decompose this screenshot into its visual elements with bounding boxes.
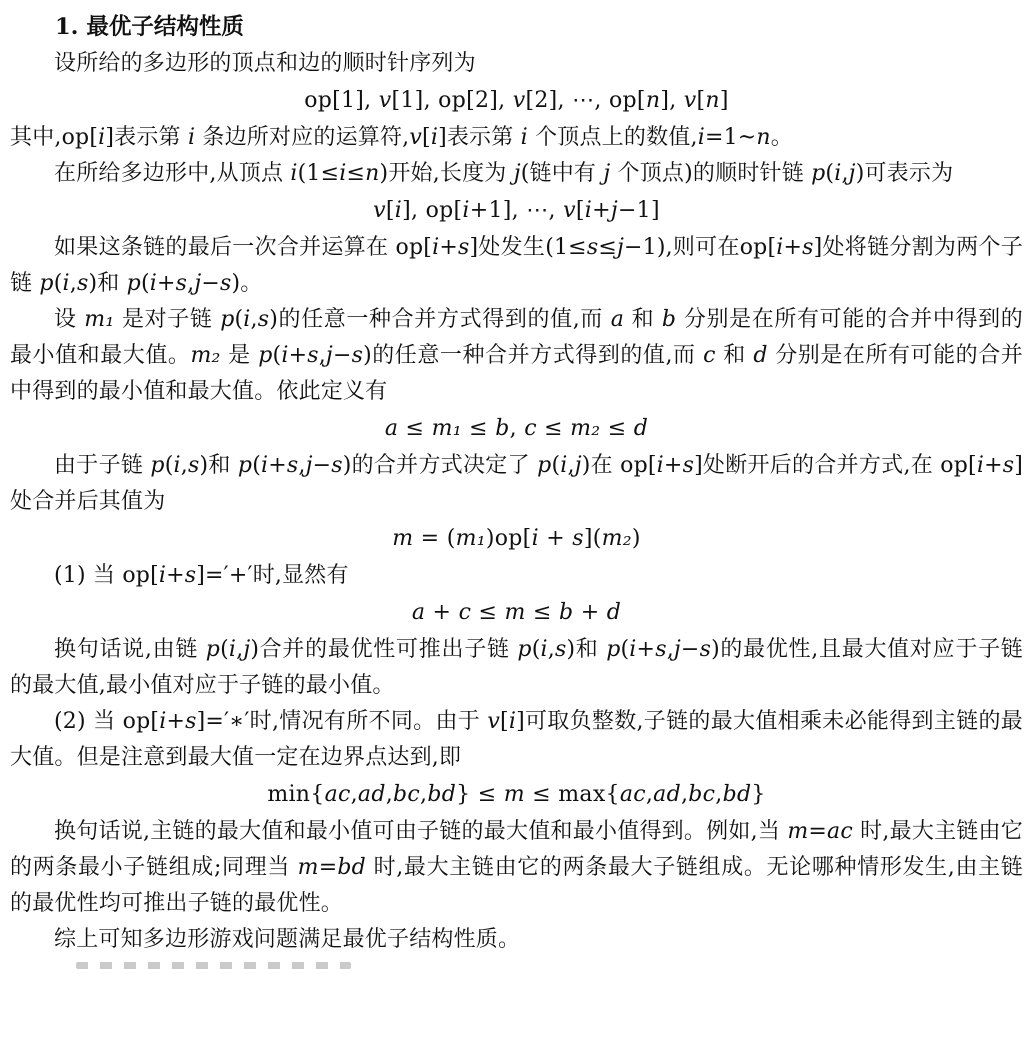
math-italic-run: p (39, 271, 53, 296)
math-italic-run: b (495, 416, 509, 441)
math-italic-run: bc (688, 782, 715, 807)
math-italic-run: m (298, 855, 319, 880)
math-italic-run: v (563, 198, 576, 223)
text-run: 换句话说,主链的最大值和最小值可由子链的最大值和最小值得到。例如,当 (54, 819, 787, 844)
text-run: )可表示为 (856, 161, 954, 186)
math-italic-run: i (509, 709, 516, 734)
text-run: , (351, 782, 358, 807)
text-run: )合并的最优性可推出子链 (250, 637, 517, 662)
formula-line: a + c ≤ m ≤ b + d (10, 595, 1023, 631)
text-run: − (681, 637, 700, 662)
text-run: 是 (221, 343, 259, 368)
math-italic-run: m (787, 819, 808, 844)
math-italic-run: i (977, 453, 984, 478)
text-run: ) (632, 526, 641, 551)
text-run: ]表示第 (105, 125, 188, 150)
text-run: 综上可知多边形游戏问题满足最优子结构性质。 (54, 927, 520, 952)
text-run: 设 (54, 307, 84, 332)
paragraph: 由于子链 p(i,s)和 p(i+s,j−s)的合并方式决定了 p(i,j)在 … (10, 448, 1023, 520)
math-italic-run: p (258, 343, 272, 368)
text-run: + (166, 709, 185, 734)
text-run: ( (273, 343, 282, 368)
math-italic-run: m₁ (84, 307, 114, 332)
text-run: ≤ (347, 161, 366, 186)
math-italic-run: n (646, 88, 660, 113)
text-run: 换句话说,由链 (54, 637, 206, 662)
math-italic-run: p (811, 161, 825, 186)
text-run: , (667, 637, 674, 662)
text-run: + (289, 343, 308, 368)
math-italic-run: j (611, 198, 618, 223)
paragraph: 其中,op[i]表示第 i 条边所对应的运算符,v[i]表示第 i 个顶点上的数… (10, 120, 1023, 156)
text-run: (2) 当 op[ (54, 709, 159, 734)
text-run: )。 (232, 271, 263, 296)
text-run: [ (500, 709, 509, 734)
text-run: ( (235, 307, 244, 332)
math-italic-run: m₂ (602, 526, 632, 551)
text-run: , (386, 782, 393, 807)
text-run: 是对子链 (114, 307, 220, 332)
math-italic-run: a (385, 416, 398, 441)
math-italic-run: i (532, 526, 539, 551)
math-italic-run: s (185, 709, 197, 734)
text-run: 如果这条链的最后一次合并运算在 op[ (54, 235, 432, 260)
text-run: ( (54, 271, 63, 296)
text-run: + (157, 271, 176, 296)
text-run: = (319, 855, 338, 880)
text-run: ≤ (537, 416, 570, 441)
formula-line: a ≤ m₁ ≤ b, c ≤ m₂ ≤ d (10, 411, 1023, 447)
text-run: ( (165, 453, 174, 478)
math-italic-run: n (705, 88, 719, 113)
text-run: 。 (771, 125, 793, 150)
math-italic-run: n (365, 161, 379, 186)
text-run: } (751, 782, 765, 807)
text-run: ≤ max{ (525, 782, 620, 807)
math-italic-run: j (674, 637, 681, 662)
math-italic-run: d (753, 343, 767, 368)
math-italic-run: p (127, 271, 141, 296)
text-run: ]处断开后的合并方式,在 op[ (694, 453, 977, 478)
text-run: , (548, 637, 555, 662)
math-italic-run: ac (620, 782, 646, 807)
section-heading: 1. 最优子结构性质 (10, 8, 1023, 46)
text-run: , (715, 782, 722, 807)
formula-line: min{ac,ad,bc,bd} ≤ m ≤ max{ac,ad,bc,bd} (10, 777, 1023, 813)
text-run: + (984, 453, 1003, 478)
cropped-next-line (76, 962, 351, 969)
math-italic-run: s (1003, 453, 1015, 478)
math-italic-run: ac (325, 782, 351, 807)
math-italic-run: s (287, 453, 299, 478)
math-italic-run: p (238, 453, 252, 478)
math-italic-run: s (185, 563, 197, 588)
text-run: −1),则可在op[ (624, 235, 776, 260)
math-italic-run: c (459, 600, 472, 625)
math-italic-run: s (572, 526, 584, 551)
text-run: )在 op[ (582, 453, 657, 478)
math-italic-run: s (587, 235, 599, 260)
text-run: , (298, 453, 305, 478)
math-italic-run: v (379, 88, 392, 113)
text-run: + (166, 563, 185, 588)
math-italic-run: j (326, 343, 333, 368)
text-run: ≤ (398, 416, 431, 441)
text-run: 和 (716, 343, 754, 368)
paragraph: 换句话说,由链 p(i,j)合并的最优性可推出子链 p(i,s)和 p(i+s,… (10, 632, 1023, 704)
math-italic-run: m₁ (456, 526, 486, 551)
math-italic-run: m₁ (432, 416, 462, 441)
math-italic-run: i (521, 125, 528, 150)
math-italic-run: j (849, 161, 856, 186)
math-italic-run: b (559, 600, 573, 625)
math-italic-run: m (392, 526, 413, 551)
text-run: , (251, 307, 258, 332)
text-run: (1≤ (298, 161, 340, 186)
math-italic-run: i (339, 161, 346, 186)
math-italic-run: s (188, 453, 200, 478)
math-italic-run: i (698, 125, 705, 150)
math-italic-run: j (617, 235, 624, 260)
math-italic-run: i (657, 453, 664, 478)
text-run: ( (220, 637, 229, 662)
text-run: 设所给的多边形的顶点和边的顺时针序列为 (54, 51, 476, 76)
text-run: )的任意一种合并方式得到的值,而 (269, 307, 610, 332)
text-run: )的任意一种合并方式得到的值,而 (363, 343, 703, 368)
text-run: ]=′+′时,显然有 (196, 563, 348, 588)
text-run: )的合并方式决定了 (343, 453, 537, 478)
paragraph: 综上可知多边形游戏问题满足最优子结构性质。 (10, 922, 1023, 958)
text-run: − (333, 343, 352, 368)
text-run: + (539, 526, 572, 551)
text-run: ]( (584, 526, 602, 551)
text-run: ]表示第 (438, 125, 521, 150)
text-run: ( (252, 453, 261, 478)
math-italic-run: j (514, 161, 521, 186)
text-run: 在所给多边形中,从顶点 (54, 161, 290, 186)
math-italic-run: ad (653, 782, 681, 807)
math-italic-run: p (606, 637, 620, 662)
math-italic-run: m (505, 600, 526, 625)
text-run: , (510, 416, 525, 441)
math-italic-run: p (220, 307, 234, 332)
text-run: ( (621, 637, 630, 662)
math-italic-run: i (243, 307, 250, 332)
text-run: + (664, 453, 683, 478)
math-italic-run: j (575, 453, 582, 478)
text-run: 个顶点上的数值, (528, 125, 698, 150)
text-run: + (425, 600, 458, 625)
math-italic-run: s (352, 343, 364, 368)
math-italic-run: p (150, 453, 164, 478)
text-run: + (637, 637, 656, 662)
text-run: , (319, 343, 326, 368)
text-run: 条边所对应的运算符, (195, 125, 409, 150)
math-italic-run: s (802, 235, 814, 260)
text-run: ], op[ (402, 198, 462, 223)
math-italic-run: i (63, 271, 70, 296)
formula-line: v[i], op[i+1], ⋯, v[i+j−1] (10, 193, 1023, 229)
text-run: ]=′∗′时,情况有所不同。由于 (197, 709, 488, 734)
text-run: } ≤ (456, 782, 504, 807)
math-italic-run: i (281, 343, 288, 368)
math-italic-run: s (258, 307, 270, 332)
text-run: (1) 当 op[ (54, 563, 159, 588)
text-run: (链中有 (521, 161, 604, 186)
math-italic-run: bc (393, 782, 420, 807)
math-italic-run: v (409, 125, 422, 150)
math-italic-run: i (540, 637, 547, 662)
math-italic-run: a (412, 600, 425, 625)
text-run: +1], ⋯, (470, 198, 563, 223)
math-italic-run: i (174, 453, 181, 478)
math-italic-run: m₂ (190, 343, 220, 368)
text-run: , (841, 161, 848, 186)
math-italic-run: s (77, 271, 89, 296)
math-italic-run: m₂ (570, 416, 600, 441)
text-run: + (573, 600, 606, 625)
text-run: [ (576, 198, 585, 223)
paragraph: 设 m₁ 是对子链 p(i,s)的任意一种合并方式得到的值,而 a 和 b 分别… (10, 302, 1023, 410)
paragraph: 如果这条链的最后一次合并运算在 op[i+s]处发生(1≤s≤j−1),则可在o… (10, 230, 1023, 302)
math-italic-run: n (756, 125, 770, 150)
math-italic-run: a (611, 307, 624, 332)
text-run: ≤ (462, 416, 495, 441)
paragraph: (2) 当 op[i+s]=′∗′时,情况有所不同。由于 v[i]可取负整数,子… (10, 704, 1023, 776)
text-run: 由于子链 (54, 453, 150, 478)
math-italic-run: s (700, 637, 712, 662)
text-run: , (568, 453, 575, 478)
document-body: 设所给的多边形的顶点和边的顺时针序列为op[1], v[1], op[2], v… (10, 46, 1023, 958)
text-run: 个顶点)的顺时针链 (610, 161, 811, 186)
math-italic-run: v (684, 88, 697, 113)
math-italic-run: ac (827, 819, 853, 844)
text-run: ( (825, 161, 834, 186)
formula-line: op[1], v[1], op[2], v[2], ⋯, op[n], v[n] (10, 83, 1023, 119)
math-italic-run: d (634, 416, 648, 441)
math-italic-run: j (306, 453, 313, 478)
math-italic-run: i (462, 198, 469, 223)
text-run: [1], op[2], (392, 88, 513, 113)
math-italic-run: bd (723, 782, 752, 807)
text-run: − (201, 271, 220, 296)
math-italic-run: c (703, 343, 716, 368)
paragraph: 在所给多边形中,从顶点 i(1≤i≤n)开始,长度为 j(链中有 j 个顶点)的… (10, 156, 1023, 192)
text-run: [ (422, 125, 431, 150)
math-italic-run: i (395, 198, 402, 223)
text-run: = ( (413, 526, 455, 551)
text-run: + (439, 235, 458, 260)
text-run: min{ (267, 782, 324, 807)
math-italic-run: i (431, 125, 438, 150)
math-italic-run: c (524, 416, 537, 441)
text-run: , (70, 271, 77, 296)
math-italic-run: s (655, 637, 667, 662)
text-run: )和 (88, 271, 126, 296)
math-italic-run: s (307, 343, 319, 368)
math-italic-run: ad (358, 782, 386, 807)
text-run: ≤ (526, 600, 559, 625)
math-italic-run: i (776, 235, 783, 260)
math-italic-run: b (662, 307, 676, 332)
math-italic-run: d (607, 600, 621, 625)
text-run: + (268, 453, 287, 478)
math-italic-run: s (555, 637, 567, 662)
text-run: ]处发生(1≤ (469, 235, 586, 260)
math-italic-run: s (176, 271, 188, 296)
text-run: ≤ (471, 600, 504, 625)
math-italic-run: p (517, 637, 531, 662)
text-run: − (313, 453, 332, 478)
text-run: ] (720, 88, 729, 113)
text-run: )开始,长度为 (380, 161, 514, 186)
math-italic-run: i (290, 161, 297, 186)
text-run: )和 (566, 637, 606, 662)
text-run: ( (141, 271, 150, 296)
text-run: = (808, 819, 827, 844)
math-italic-run: v (513, 88, 526, 113)
text-run: + (784, 235, 803, 260)
math-italic-run: i (560, 453, 567, 478)
paragraph: 设所给的多边形的顶点和边的顺时针序列为 (10, 46, 1023, 82)
text-run: + (592, 198, 611, 223)
math-italic-run: s (220, 271, 232, 296)
text-run: 和 (624, 307, 662, 332)
text-run: )op[ (486, 526, 532, 551)
paragraph: 换句话说,主链的最大值和最小值可由子链的最大值和最小值得到。例如,当 m=ac … (10, 814, 1023, 922)
text-run: =1~ (705, 125, 756, 150)
text-run: [ (386, 198, 395, 223)
text-run: ], (660, 88, 683, 113)
text-run: )和 (199, 453, 237, 478)
math-italic-run: m (504, 782, 525, 807)
math-italic-run: p (537, 453, 551, 478)
math-italic-run: s (331, 453, 343, 478)
paragraph: (1) 当 op[i+s]=′+′时,显然有 (10, 558, 1023, 594)
math-italic-run: v (487, 709, 500, 734)
math-italic-run: i (585, 198, 592, 223)
text-run: ( (551, 453, 560, 478)
text-run: , (181, 453, 188, 478)
text-run: op[1], (304, 88, 379, 113)
math-italic-run: bd (427, 782, 456, 807)
formula-line: m = (m₁)op[i + s](m₂) (10, 521, 1023, 557)
math-italic-run: i (629, 637, 636, 662)
math-italic-run: p (206, 637, 220, 662)
text-run: [2], ⋯, op[ (525, 88, 645, 113)
math-italic-run: s (683, 453, 695, 478)
math-italic-run: s (458, 235, 470, 260)
text-run: ≤ (598, 235, 617, 260)
math-italic-run: v (373, 198, 386, 223)
math-italic-run: bd (337, 855, 366, 880)
document-page: 1. 最优子结构性质 设所给的多边形的顶点和边的顺时针序列为op[1], v[1… (0, 0, 1035, 1053)
math-italic-run: i (150, 271, 157, 296)
text-run: 其中,op[ (10, 125, 98, 150)
text-run: ≤ (600, 416, 633, 441)
text-run: −1] (618, 198, 660, 223)
